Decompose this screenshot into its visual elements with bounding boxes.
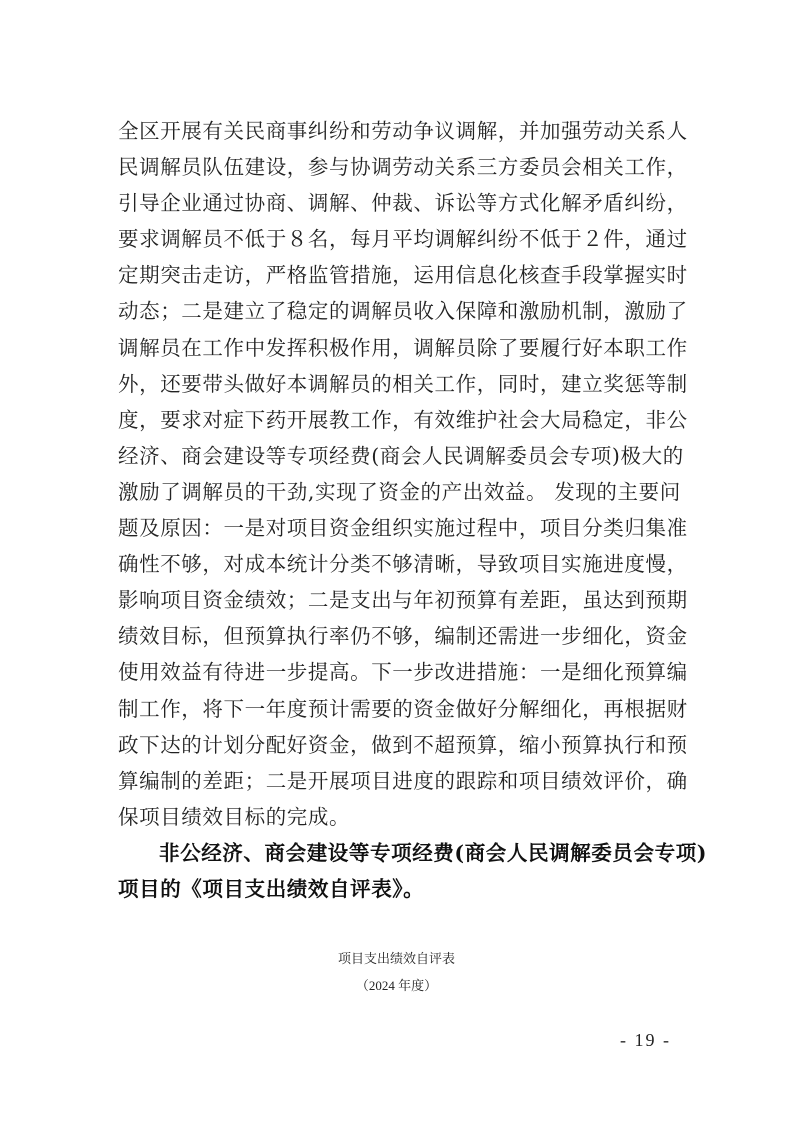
paragraph-line: 要求调解员不低于８名，每月平均调解纠纷不低于２件，通过 (118, 221, 694, 257)
section-heading-line: 非公经济、商会建设等专项经费(商会人民调解委员会专项) (118, 835, 694, 871)
paragraph-line: 全区开展有关民商事纠纷和劳动争议调解，并加强劳动关系人 (118, 113, 694, 149)
paragraph-line: 定期突击走访，严格监管措施，运用信息化核查手段掌握实时 (118, 257, 694, 293)
paragraph-line: 激励了调解员的干劲,实现了资金的产出效益。 发现的主要问 (118, 474, 694, 510)
paragraph-line: 动态；二是建立了稳定的调解员收入保障和激励机制，激励了 (118, 293, 694, 329)
paragraph-line: 使用效益有待进一步提高。下一步改进措施：一是细化预算编 (118, 654, 694, 690)
paragraph-line: 算编制的差距；二是开展项目进度的跟踪和项目绩效评价，确 (118, 763, 694, 799)
table-title: 项目支出绩效自评表 (0, 950, 793, 970)
paragraph-line: 影响项目资金绩效；二是支出与年初预算有差距，虽达到预期 (118, 582, 694, 618)
page-number: - 19 - (620, 1030, 671, 1051)
paragraph-line: 民调解员队伍建设，参与协调劳动关系三方委员会相关工作， (118, 149, 694, 185)
paragraph-line: 政下达的计划分配好资金，做到不超预算，缩小预算执行和预 (118, 727, 694, 763)
paragraph-line: 外，还要带头做好本调解员的相关工作，同时，建立奖惩等制 (118, 366, 694, 402)
paragraph-line: 经济、商会建设等专项经费(商会人民调解委员会专项)极大的 (118, 438, 694, 474)
paragraph-line: 引导企业通过协商、调解、仲裁、诉讼等方式化解矛盾纠纷， (118, 185, 694, 221)
paragraph-line: 保项目绩效目标的完成。 (118, 799, 694, 835)
table-year: （2024 年度） (0, 975, 793, 994)
body-text: 全区开展有关民商事纠纷和劳动争议调解，并加强劳动关系人 民调解员队伍建设，参与协… (118, 113, 694, 907)
paragraph-line: 度，要求对症下药开展教工作，有效维护社会大局稳定，非公 (118, 402, 694, 438)
paragraph-line: 制工作，将下一年度预计需要的资金做好分解细化，再根据财 (118, 691, 694, 727)
paragraph-line: 确性不够，对成本统计分类不够清晰，导致项目实施进度慢， (118, 546, 694, 582)
paragraph-line: 题及原因：一是对项目资金组织实施过程中，项目分类归集准 (118, 510, 694, 546)
paragraph-line: 调解员在工作中发挥积极作用，调解员除了要履行好本职工作 (118, 330, 694, 366)
document-page: 全区开展有关民商事纠纷和劳动争议调解，并加强劳动关系人 民调解员队伍建设，参与协… (0, 0, 793, 1122)
paragraph-line: 绩效目标，但预算执行率仍不够，编制还需进一步细化，资金 (118, 618, 694, 654)
section-heading-line: 项目的《项目支出绩效自评表》。 (118, 871, 694, 907)
